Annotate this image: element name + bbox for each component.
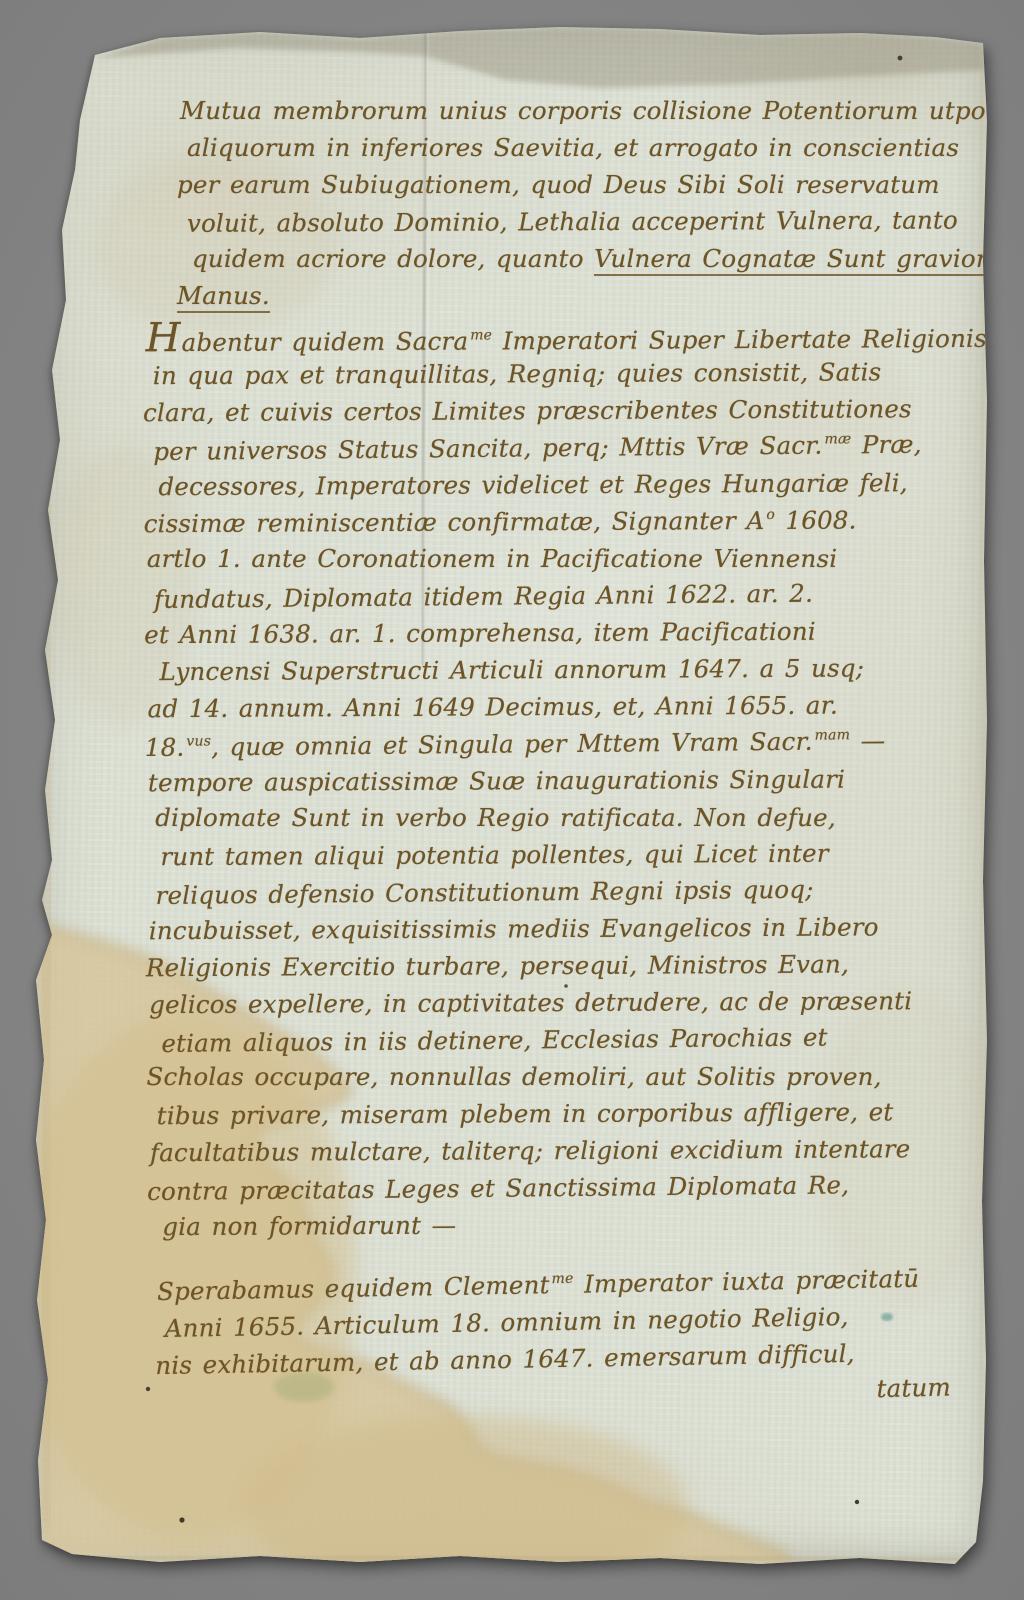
manuscript-line: quidem acriore dolore, quanto Vulnera Co… xyxy=(192,240,1010,277)
text-segment: Imperator iuxta præcitatū xyxy=(573,1264,919,1299)
manuscript-page: Mutua membrorum unius corporis collision… xyxy=(36,26,988,1572)
manuscript-line: ad 14. annum. Anni 1649 Decimus, et, Ann… xyxy=(148,686,989,727)
superscript-abbreviation: mam xyxy=(815,727,851,743)
superscript-abbreviation: me xyxy=(551,1271,573,1287)
bottom-edge-toning xyxy=(48,1556,972,1560)
manuscript-line: per earum Subiugationem, quod Deus Sibi … xyxy=(177,166,1010,203)
top-fold-shadow-band xyxy=(95,27,985,88)
text-segment: 1608. xyxy=(775,505,857,534)
manuscript-paragraph-3: Sperabamus equidem Clementme Imperator i… xyxy=(157,1259,965,1421)
text-segment: artlo 1. ante Coronationem in Pacificati… xyxy=(147,544,837,573)
manuscript-line: decessores, Imperatores videlicet et Reg… xyxy=(158,464,987,505)
text-segment: diplomate Sunt in verbo Regio ratificata… xyxy=(155,803,836,832)
superscript-abbreviation: mæ xyxy=(824,431,851,447)
stain-pool-2 xyxy=(246,1416,686,1572)
text-segment: fundatus, Diplomata itidem Regia Anni 16… xyxy=(154,579,813,614)
text-segment: Lyncensi Superstructi Articuli annorum 1… xyxy=(159,653,864,686)
scan-background: Mutua membrorum unius corporis collision… xyxy=(0,0,1024,1600)
manuscript-line: Habentur quidem Sacrame Imperatori Super… xyxy=(146,316,987,357)
manuscript-line: Mutua membrorum unius corporis collision… xyxy=(180,92,1010,129)
text-segment: incubuisset, exquisitissimis mediis Evan… xyxy=(149,912,879,945)
superscript-abbreviation: me xyxy=(470,327,492,343)
text-segment: Præ, xyxy=(851,430,922,460)
manuscript-paragraph-1: Mutua membrorum unius corporis collision… xyxy=(180,92,1010,314)
text-segment: quidem acriore dolore, quanto xyxy=(192,244,594,273)
text-segment: Sperabamus equidem Clement xyxy=(157,1270,550,1306)
text-segment: , quæ omnia et Singula per Mttem Vram Sa… xyxy=(211,727,813,762)
text-segment: runt tamen aliqui potentia pollentes, qu… xyxy=(160,839,828,871)
manuscript-line: etiam aliquos in iis detinere, Ecclesias… xyxy=(161,1017,990,1062)
manuscript-line: in qua pax et tranquillitas, Regniq; qui… xyxy=(153,353,987,394)
text-segment: per universos Status Sancita, perq; Mtti… xyxy=(153,431,822,466)
manuscript-line: diplomate Sunt in verbo Regio ratificata… xyxy=(155,799,989,836)
manuscript-line: aliquorum in inferiores Saevitia, et arr… xyxy=(187,129,1010,166)
text-segment: cissimæ reminiscentiæ confirmatæ, Signan… xyxy=(144,506,765,538)
manuscript-line: runt tamen aliqui potentia pollentes, qu… xyxy=(160,834,989,875)
manuscript-line: gia non formidarunt — xyxy=(162,1204,991,1245)
manuscript-line: incubuisset, exquisitissimis mediis Evan… xyxy=(149,908,990,949)
manuscript-line: Religionis Exercitio turbare, persequi, … xyxy=(146,945,990,986)
superscript-abbreviation: o xyxy=(766,507,775,523)
ink-speck xyxy=(146,1387,150,1391)
text-segment: clara, et cuivis certos Limites præscrib… xyxy=(143,394,912,427)
text-segment: tatum xyxy=(876,1372,951,1403)
text-segment: — xyxy=(850,726,885,755)
ink-speck-2 xyxy=(179,1517,184,1522)
manuscript-paragraph-2: Habentur quidem Sacrame Imperatori Super… xyxy=(146,316,992,1245)
manuscript-line: Lyncensi Superstructi Articuli annorum 1… xyxy=(159,649,988,690)
manuscript-line: Scholas occupare, nonnullas demoliri, au… xyxy=(147,1058,991,1095)
text-segment: Religionis Exercitio turbare, persequi, … xyxy=(146,950,849,983)
text-segment: gelicos expellere, in captivitates detru… xyxy=(149,986,912,1019)
text-segment: in qua pax et tranquillitas, Regniq; qui… xyxy=(153,357,882,390)
manuscript-line: fundatus, Diplomata itidem Regia Anni 16… xyxy=(154,573,988,618)
superscript-abbreviation: vus xyxy=(186,733,211,749)
text-segment: contra præcitatas Leges et Sanctissima D… xyxy=(147,1170,849,1206)
manuscript-line: clara, et cuivis certos Limites præscrib… xyxy=(143,390,987,431)
ink-speck-3 xyxy=(855,1500,859,1504)
text-segment: et Anni 1638. ar. 1. comprehensa, item P… xyxy=(144,617,816,650)
text-segment: Scholas occupare, nonnullas demoliri, au… xyxy=(147,1062,882,1091)
manuscript-line: Manus. xyxy=(177,277,1010,314)
text-segment: tempore auspicatissimæ Suæ inaugurationi… xyxy=(148,765,845,798)
text-segment: aliquorum in inferiores Saevitia, et arr… xyxy=(187,133,959,162)
text-segment: ad 14. annum. Anni 1649 Decimus, et, Ann… xyxy=(148,691,838,724)
manuscript-line: et Anni 1638. ar. 1. comprehensa, item P… xyxy=(144,612,988,653)
text-segment: voluit, absoluto Dominio, Lethalia accep… xyxy=(187,205,958,237)
manuscript-line: per universos Status Sancita, perq; Mtti… xyxy=(153,425,987,470)
text-segment: Mutua membrorum unius corporis collision… xyxy=(180,96,1010,125)
underlined-text: Manus. xyxy=(177,281,270,313)
manuscript-line: gelicos expellere, in captivitates detru… xyxy=(149,982,990,1023)
manuscript-line: tempore auspicatissimæ Suæ inaugurationi… xyxy=(148,760,989,801)
manuscript-line: facultatibus mulctare, taliterq; religio… xyxy=(150,1130,991,1171)
text-segment: tibus privare, miseram plebem in corpori… xyxy=(157,1097,894,1130)
text-segment: decessores, Imperatores videlicet et Reg… xyxy=(158,468,907,501)
text-segment: gia non formidarunt — xyxy=(162,1211,456,1242)
manuscript-line: voluit, absoluto Dominio, Lethalia accep… xyxy=(187,201,1011,242)
text-segment: etiam aliquos in iis detinere, Ecclesias… xyxy=(161,1023,828,1058)
manuscript-line: reliquos defensio Constitutionum Regni i… xyxy=(155,869,989,914)
left-edge-toning xyxy=(43,96,50,1526)
text-segment: reliquos defensio Constitutionum Regni i… xyxy=(155,875,813,910)
manuscript-line: artlo 1. ante Coronationem in Pacificati… xyxy=(147,540,988,577)
manuscript-line: 18.vus, quæ omnia et Singula per Mttem V… xyxy=(145,721,989,766)
text-segment: Habentur quidem Sacra xyxy=(146,327,469,358)
manuscript-page-wrapper: Mutua membrorum unius corporis collision… xyxy=(36,26,988,1572)
underlined-text: Vulnera Cognatæ Sunt graviora xyxy=(594,244,1002,276)
ink-speck-4 xyxy=(898,56,903,61)
manuscript-line: cissimæ reminiscentiæ confirmatæ, Signan… xyxy=(144,501,988,542)
text-segment: 18. xyxy=(145,733,185,762)
text-segment: Imperatori Super Libertate Religionis xyxy=(492,324,987,356)
text-segment: per earum Subiugationem, quod Deus Sibi … xyxy=(177,170,940,199)
manuscript-line: contra præcitatas Leges et Sanctissima D… xyxy=(147,1165,991,1210)
text-segment: facultatibus mulctare, taliterq; religio… xyxy=(150,1134,911,1167)
manuscript-line: tibus privare, miseram plebem in corpori… xyxy=(157,1093,991,1134)
